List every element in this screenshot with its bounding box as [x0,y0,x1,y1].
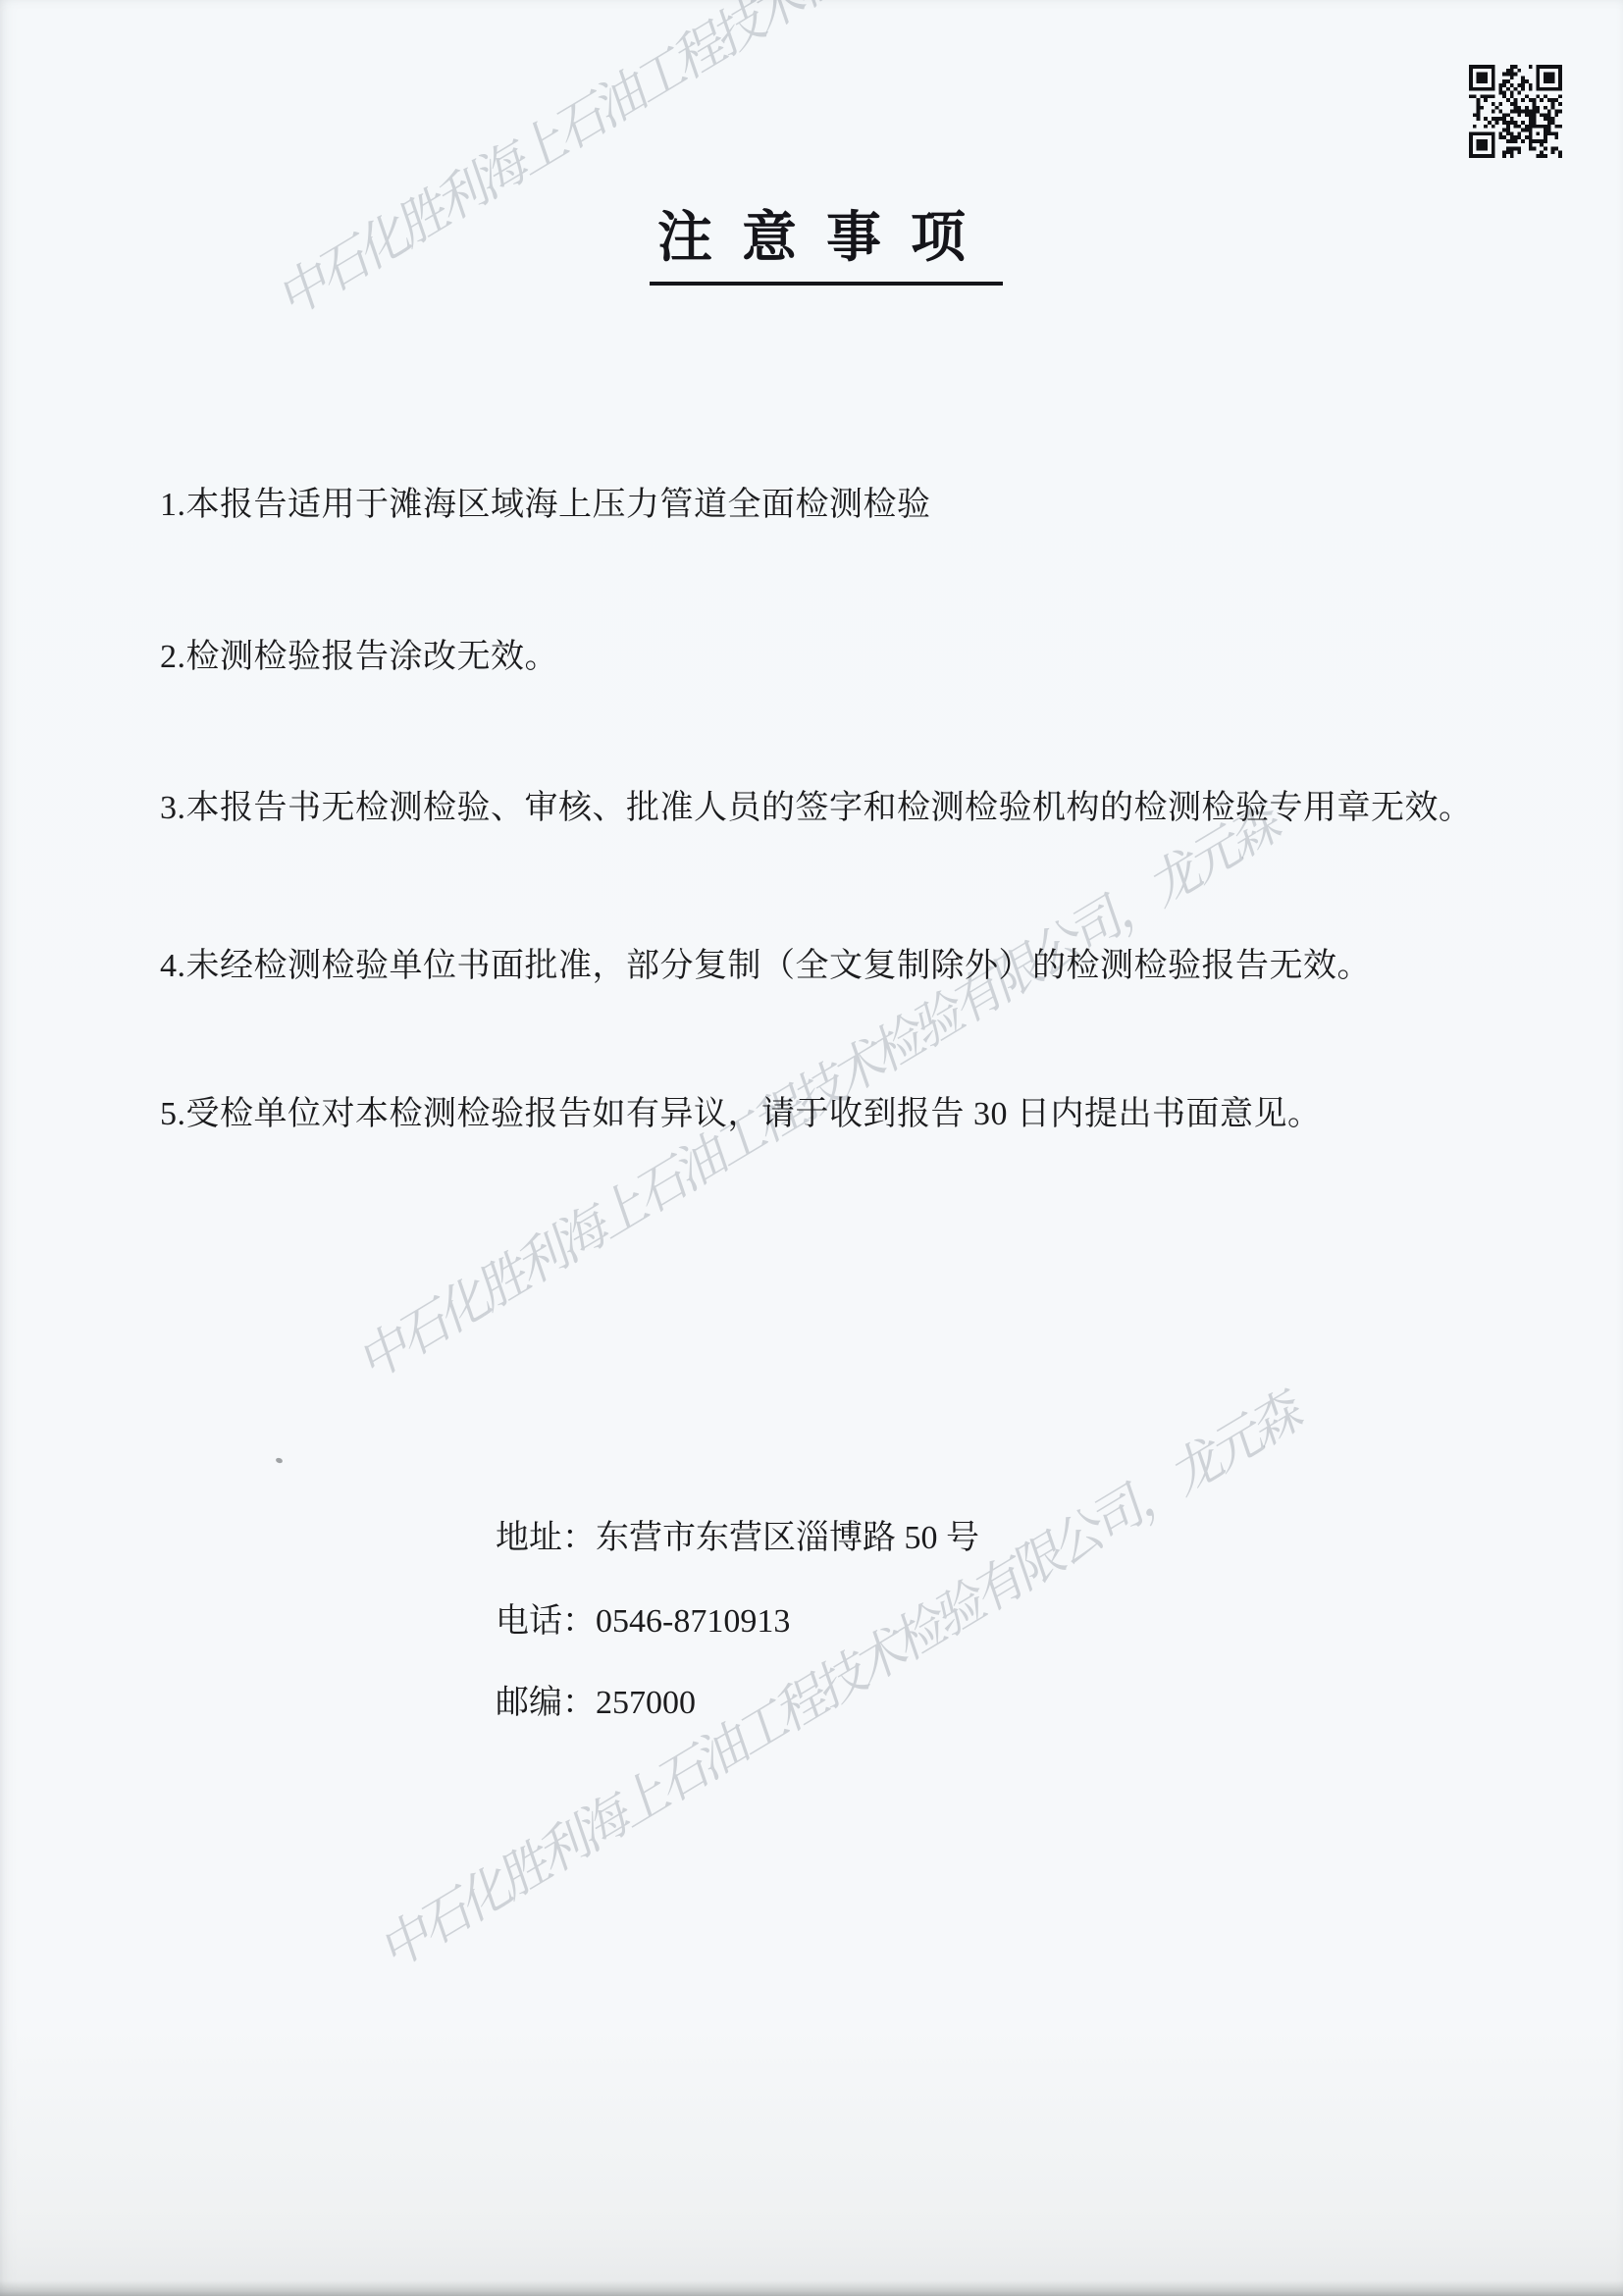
scan-speck [275,1457,283,1464]
contact-address-value: 东营市东营区淄博路 50 号 [596,1520,979,1556]
scan-edge-shadow [0,2280,1623,2296]
contact-address-label: 地址： [496,1520,596,1556]
qr-code-icon [1469,65,1562,158]
contact-address: 地址：东营市东营区淄博路 50 号 [496,1510,979,1558]
contact-phone: 电话：0546-8710913 [496,1593,790,1642]
notice-item-4: 4.未经检测检验单位书面批准，部分复制（全文复制除外）的检测检验报告无效。 [160,945,1371,988]
watermark-text: 中石化胜利海上石油工程技术检验有限公司，龙元森 [351,778,1285,1395]
contact-postcode-label: 邮编： [496,1685,596,1721]
notice-item-5: 5.受检单位对本检测检验报告如有异议，请于收到报告 30 日内提出书面意见。 [160,1093,1322,1136]
document-page: 中石化胜利海上石油工程技术检验有限公司，龙元森 中石化胜利海上石油工程技术检验有… [0,0,1623,2296]
notice-item-2: 2.检测检验报告涂改无效。 [160,636,558,679]
contact-phone-label: 电话： [496,1603,596,1640]
page-title: 注意事项 [0,194,1623,286]
contact-postcode: 邮编：257000 [496,1675,696,1723]
notice-item-3: 3.本报告书无检测检验、审核、批准人员的签字和检测检验机构的检测检验专用章无效。 [160,787,1473,830]
contact-phone-value: 0546-8710913 [596,1603,790,1640]
notice-item-1: 1.本报告适用于滩海区域海上压力管道全面检测检验 [160,484,931,527]
contact-postcode-value: 257000 [596,1685,696,1721]
